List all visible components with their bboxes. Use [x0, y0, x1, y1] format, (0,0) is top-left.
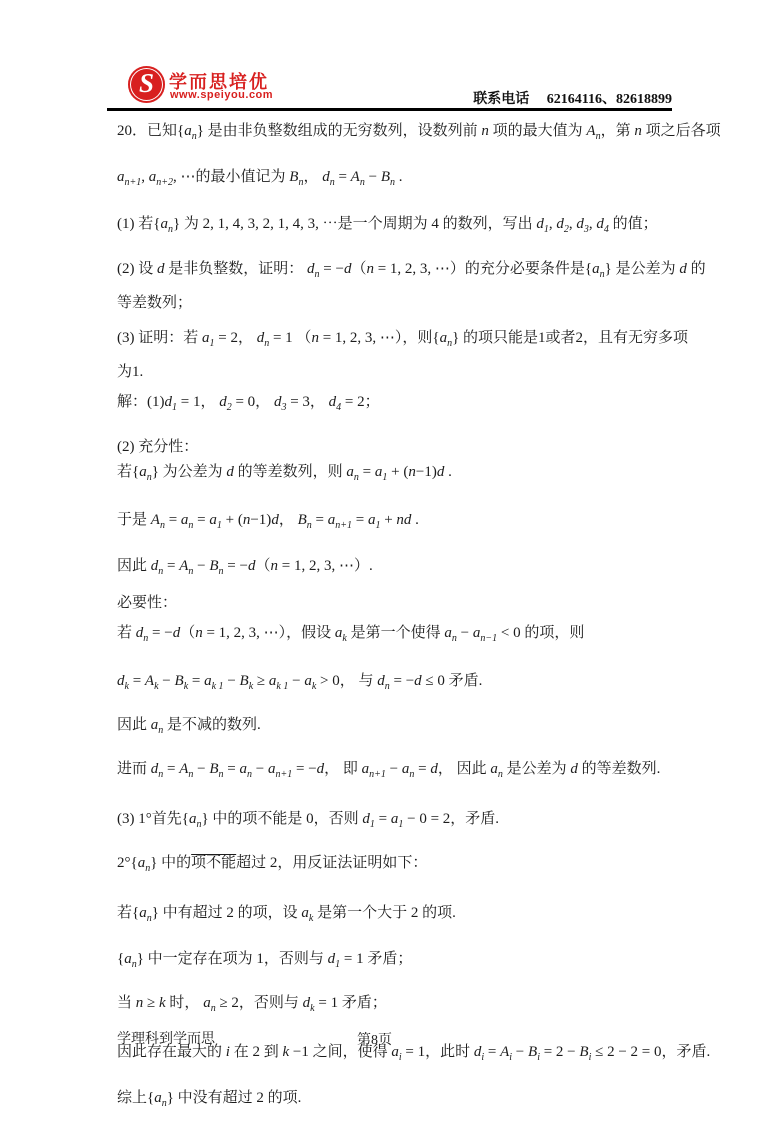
math-segment: a: [204, 673, 212, 689]
text-segment: 是第一个使得: [347, 625, 445, 641]
text-segment: < 0 的项，则: [497, 625, 584, 641]
text-segment: （: [255, 558, 270, 574]
math-segment: d: [307, 261, 315, 277]
text-line: (3) 证明：若 a1 = 2， dn = 1 （n = 1, 2, 3, ⋯）…: [117, 327, 673, 355]
document-page: S 学而思培优 www.speiyou.com 联系电话 62164116、82…: [0, 0, 777, 1123]
text-line: 综上{an} 中没有超过 2 的项.: [117, 1087, 673, 1115]
math-segment: a: [301, 905, 309, 921]
logo-s-glyph: S: [139, 70, 154, 97]
text-segment: −: [365, 169, 381, 185]
brand-url: www.speiyou.com: [170, 89, 273, 101]
text-line: 20．已知{an} 是由非负整数组成的无穷数列，设数列前 n 项的最大值为 An…: [117, 120, 673, 148]
text-segment: −: [224, 673, 240, 689]
text-line: 必要性：: [117, 592, 673, 614]
text-segment: 进而: [117, 761, 151, 777]
math-segment: d: [219, 394, 227, 410]
text-segment: 为1.: [117, 364, 143, 380]
text-segment: −: [193, 558, 209, 574]
text-segment: } 为 2, 1, 4, 3, 2, 1, 4, 3, ⋯是一个周期为 4 的数…: [173, 216, 536, 232]
header-divider: [107, 108, 672, 111]
text-segment: ,: [141, 169, 149, 185]
math-segment: B: [579, 1044, 588, 1060]
contact-phone: 联系电话 62164116、82618899: [372, 88, 672, 108]
text-segment: 必要性：: [117, 595, 177, 611]
math-segment: B: [528, 1044, 537, 1060]
math-segment: d: [596, 216, 604, 232]
text-segment: 当: [117, 995, 136, 1011]
text-line: 2°{an} 中的项不能超过 2，用反证法证明如下：: [117, 852, 673, 880]
text-segment: 解：(1): [117, 394, 165, 410]
math-segment: a: [444, 625, 452, 641]
text-segment: = 1，此时: [402, 1044, 474, 1060]
math-segment: n: [195, 625, 203, 641]
text-line: 因此 dn = An − Bn = −d（n = 1, 2, 3, ⋯）.: [117, 555, 673, 583]
math-segment: B: [381, 169, 390, 185]
subscript: n+2: [156, 177, 173, 188]
math-segment: a: [440, 330, 448, 346]
footer-slogan: 学理科到学而思: [117, 1028, 215, 1048]
math-segment: k: [159, 995, 166, 1011]
text-segment: ≤ 0 矛盾.: [422, 673, 483, 689]
math-segment: n: [634, 123, 642, 139]
text-segment: 的等差数列.: [578, 761, 661, 777]
math-segment: A: [500, 1044, 509, 1060]
text-line: 当 n ≥ k 时， an ≥ 2，否则与 dk = 1 矛盾；: [117, 992, 673, 1020]
subscript: n+1: [369, 769, 386, 780]
text-line: (2) 充分性：: [117, 436, 673, 458]
contact-numbers: 62164116、82618899: [547, 92, 672, 107]
text-segment: } 中一定存在项为 1，否则与: [137, 951, 328, 967]
text-segment: =: [129, 673, 145, 689]
text-line: 因此 an 是不减的数列.: [117, 714, 673, 742]
text-line: (1) 若{an} 为 2, 1, 4, 3, 2, 1, 4, 3, ⋯是一个…: [117, 213, 673, 241]
text-segment: .: [411, 512, 419, 528]
text-line: 若{an} 为公差为 d 的等差数列，则 an = a1 + (n−1)d .: [117, 461, 673, 489]
document-body: 20．已知{an} 是由非负整数组成的无穷数列，设数列前 n 项的最大值为 An…: [117, 112, 673, 1115]
math-segment: d: [157, 261, 165, 277]
text-segment: 时，: [166, 995, 204, 1011]
text-segment: 若{: [117, 905, 139, 921]
text-segment: = 1, 2, 3, ⋯），则{: [319, 330, 440, 346]
text-segment: 是非负整数，证明：: [165, 261, 308, 277]
math-segment: a: [124, 951, 132, 967]
text-segment: = 1, 2, 3, ⋯）.: [278, 558, 373, 574]
text-segment: = 0，: [232, 394, 274, 410]
math-segment: d: [226, 464, 234, 480]
text-segment: =: [165, 512, 181, 528]
math-segment: a: [490, 761, 498, 777]
text-segment: } 是公差为: [605, 261, 680, 277]
text-segment: = 1，: [177, 394, 219, 410]
text-line: 解：(1)d1 = 1， d2 = 0， d3 = 3， d4 = 2；: [117, 391, 673, 419]
text-segment: −: [193, 761, 209, 777]
math-segment: a: [154, 1090, 162, 1106]
math-segment: B: [175, 673, 184, 689]
math-segment: d: [556, 216, 564, 232]
math-segment: a: [391, 1044, 399, 1060]
text-segment: 若: [117, 625, 136, 641]
text-segment: } 为公差为: [152, 464, 227, 480]
text-segment: ≤ 2 − 2 = 0，矛盾.: [591, 1044, 710, 1060]
text-segment: = −: [390, 673, 414, 689]
math-segment: d: [165, 394, 173, 410]
math-segment: d: [322, 169, 330, 185]
math-segment: a: [139, 905, 147, 921]
text-segment: 因此: [117, 717, 151, 733]
math-segment: n: [366, 261, 374, 277]
text-segment: −: [512, 1044, 528, 1060]
text-segment: = −: [320, 261, 344, 277]
math-segment: a: [592, 261, 600, 277]
text-segment: =: [359, 464, 375, 480]
text-segment: ≥ 2，否则与: [216, 995, 303, 1011]
math-segment: n: [481, 123, 489, 139]
text-segment: > 0， 与: [316, 673, 377, 689]
text-segment: 的等差数列，则: [234, 464, 347, 480]
text-segment: =: [414, 761, 430, 777]
text-segment: −: [252, 761, 268, 777]
text-segment: =: [163, 558, 179, 574]
text-segment: (3) 证明：若: [117, 330, 202, 346]
text-segment: =: [352, 512, 368, 528]
text-line: (2) 设 d 是非负整数，证明： dn = −d（n = 1, 2, 3, ⋯…: [117, 258, 673, 286]
text-line: (3) 1°首先{an} 中的项不能是 0，否则 d1 = a1 − 0 = 2…: [117, 808, 673, 836]
text-segment: 综上{: [117, 1090, 154, 1106]
text-segment: = 1 矛盾；: [315, 995, 387, 1011]
text-line: 进而 dn = An − Bn = an − an+1 = −d， 即 an+1…: [117, 758, 673, 786]
text-segment: =: [193, 512, 209, 528]
text-segment: = −: [148, 625, 172, 641]
text-segment: .: [444, 464, 452, 480]
text-segment: 在 2 到: [230, 1044, 283, 1060]
text-segment: } 中的: [150, 855, 191, 871]
math-segment: a: [160, 216, 168, 232]
text-segment: −: [457, 625, 473, 641]
subscript: n+1: [275, 769, 292, 780]
math-segment: a: [304, 673, 312, 689]
subscript: n−1: [480, 633, 497, 644]
math-segment: A: [151, 512, 160, 528]
text-segment: =: [335, 169, 351, 185]
text-segment: } 中的项不能是 0，否则: [201, 811, 362, 827]
text-segment: (2) 设: [117, 261, 157, 277]
text-line: {an} 中一定存在项为 1，否则与 d1 = 1 矛盾；: [117, 948, 673, 976]
text-segment: 20．已知{: [117, 123, 184, 139]
text-segment: 项不能: [191, 855, 236, 871]
text-segment: +: [380, 512, 396, 528]
math-segment: d: [570, 761, 578, 777]
text-segment: ≥: [253, 673, 269, 689]
subscript: k 1: [276, 681, 288, 692]
text-segment: .: [395, 169, 403, 185]
math-segment: n: [311, 330, 319, 346]
text-segment: 项的最大值为: [489, 123, 587, 139]
text-segment: （: [351, 261, 366, 277]
text-segment: 因此: [117, 558, 151, 574]
math-segment: d: [414, 673, 422, 689]
text-segment: ，: [279, 512, 298, 528]
math-segment: B: [298, 512, 307, 528]
text-segment: 等差数列；: [117, 295, 192, 311]
text-segment: =: [375, 811, 391, 827]
text-segment: } 中没有超过 2 的项.: [167, 1090, 302, 1106]
text-segment: } 是由非负整数组成的无穷数列，设数列前: [197, 123, 482, 139]
math-segment: d: [679, 261, 687, 277]
text-segment: −: [386, 761, 402, 777]
math-segment: d: [362, 811, 370, 827]
text-segment: 2°{: [117, 855, 138, 871]
text-segment: 的: [687, 261, 706, 277]
text-segment: 于是: [117, 512, 151, 528]
math-segment: A: [145, 673, 154, 689]
text-line: 若 dn = −d（n = 1, 2, 3, ⋯），假设 ak 是第一个使得 a…: [117, 622, 673, 650]
text-line: 于是 An = an = a1 + (n−1)d， Bn = an+1 = a1…: [117, 509, 673, 537]
math-segment: n: [408, 464, 416, 480]
text-segment: −: [288, 673, 304, 689]
text-segment: ，: [303, 169, 322, 185]
subscript: k 1: [212, 681, 224, 692]
text-segment: −1): [250, 512, 271, 528]
math-segment: a: [240, 761, 248, 777]
math-segment: d: [430, 761, 438, 777]
math-segment: A: [586, 123, 595, 139]
text-segment: = 2；: [341, 394, 379, 410]
text-segment: } 中有超过 2 的项，设: [152, 905, 302, 921]
text-segment: = −: [224, 558, 248, 574]
page-number: 第8页: [357, 1029, 392, 1049]
subscript: n+1: [125, 177, 142, 188]
text-segment: 是公差为: [503, 761, 571, 777]
text-segment: (2) 充分性：: [117, 439, 198, 455]
text-segment: = 1 （: [269, 330, 311, 346]
math-segment: B: [240, 673, 249, 689]
text-segment: =: [188, 673, 204, 689]
text-segment: = −: [292, 761, 316, 777]
text-line: 等差数列；: [117, 292, 673, 314]
text-segment: ，第: [601, 123, 635, 139]
text-segment: = 1, 2, 3, ⋯），假设: [203, 625, 335, 641]
text-segment: 若{: [117, 464, 139, 480]
text-segment: 是第一个大于 2 的项.: [313, 905, 456, 921]
text-segment: = 3，: [286, 394, 328, 410]
brand-logo-icon: S: [128, 66, 165, 103]
text-segment: = 2，: [215, 330, 257, 346]
math-segment: a: [184, 123, 192, 139]
text-segment: −: [159, 673, 175, 689]
math-segment: d: [271, 512, 279, 528]
text-segment: = 1 矛盾；: [340, 951, 412, 967]
math-segment: n: [270, 558, 278, 574]
math-segment: a: [117, 169, 125, 185]
math-segment: a: [346, 464, 354, 480]
text-line: an+1, an+2, ⋯的最小值记为 Bn， dn = An − Bn .: [117, 166, 673, 194]
math-segment: d: [117, 673, 125, 689]
text-segment: =: [224, 761, 240, 777]
text-segment: = 1, 2, 3, ⋯）的充分必要条件是{: [374, 261, 592, 277]
math-segment: B: [209, 761, 218, 777]
math-segment: d: [377, 673, 385, 689]
text-segment: (1) 若{: [117, 216, 160, 232]
text-segment: ， 因此: [438, 761, 491, 777]
text-segment: = 2 −: [540, 1044, 579, 1060]
text-segment: 是不减的数列.: [163, 717, 261, 733]
text-segment: ， 即: [324, 761, 362, 777]
text-segment: } 的项只能是1或者2，且有无穷多项: [452, 330, 688, 346]
text-line: 为1.: [117, 361, 673, 383]
math-segment: a: [139, 464, 147, 480]
math-segment: A: [351, 169, 360, 185]
math-segment: nd: [396, 512, 411, 528]
math-segment: a: [202, 330, 210, 346]
math-segment: a: [203, 995, 211, 1011]
math-segment: B: [209, 558, 218, 574]
math-segment: a: [209, 512, 217, 528]
text-segment: ≥: [143, 995, 159, 1011]
text-segment: + (: [387, 464, 408, 480]
text-segment: −1): [416, 464, 437, 480]
text-segment: =: [163, 761, 179, 777]
text-segment: (3) 1°首先{: [117, 811, 189, 827]
text-line: dk = Ak − Bk = ak 1 − Bk ≥ ak 1 − ak > 0…: [117, 670, 673, 698]
text-segment: − 0 = 2，矛盾.: [403, 811, 499, 827]
text-segment: =: [312, 512, 328, 528]
subscript: n+1: [335, 520, 352, 531]
text-segment: （: [180, 625, 195, 641]
text-segment: 项之后各项: [642, 123, 721, 139]
contact-label: 联系电话: [473, 92, 529, 107]
text-segment: =: [484, 1044, 500, 1060]
text-segment: + (: [222, 512, 243, 528]
math-segment: d: [576, 216, 584, 232]
text-segment: , ⋯的最小值记为: [173, 169, 289, 185]
text-segment: 的值；: [609, 216, 658, 232]
math-segment: d: [536, 216, 544, 232]
text-segment: 超过 2，用反证法证明如下：: [236, 855, 427, 871]
text-line: 若{an} 中有超过 2 的项，设 ak 是第一个大于 2 的项.: [117, 902, 673, 930]
